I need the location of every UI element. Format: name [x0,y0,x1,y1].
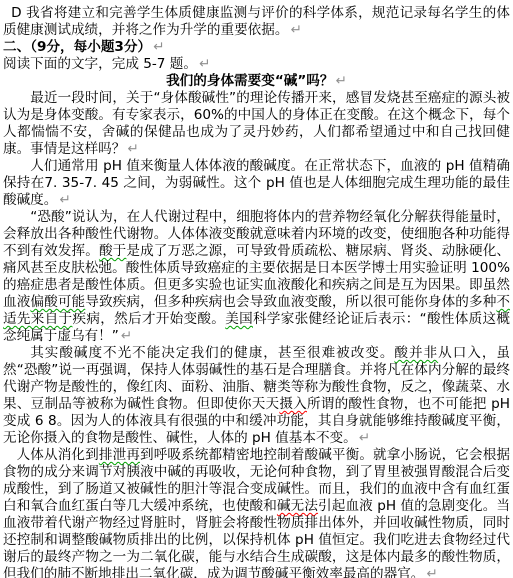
section-heading: 二、（9分，每小题3分）↵ [3,39,510,56]
paragraph-2-text-0: 人们通常用 pH 值来衡量人体体液的酸碱度。在正常状态下，血液的 pH 值精确保… [3,158,510,208]
paragraph-1-text-0: 最近一段时间，关于“身体酸碱性”的理论传播开来，感冒发烧甚至癌症的源头被认为是身… [3,90,510,157]
paragraph-mark-icon: ↵ [125,141,138,157]
paragraph-5: 人体从消化到排泄再到呼吸系统都精密地控制着酸碱平衡。就拿小肠说，它会根据食物的成… [3,447,510,578]
spellcheck-squiggle-green: 酸并非 [394,345,438,361]
paragraph-mark-icon: ↵ [357,430,370,446]
paragraph-3-text-4: 导致疾病，但多种疾病也会导致血液变酸，所以很可能你身体的多种 [85,294,496,310]
paragraph-mark-icon: ↵ [288,22,301,38]
paragraph-mark-icon: ↵ [424,566,437,578]
option-d-line: D 我省将建立和完善学生体质健康监测与评价的科学体系，规范记录每名学生的体质健康… [3,5,510,39]
spellcheck-squiggle-green: 排泄再 [99,447,140,463]
paragraph-4-text-0: 其实酸碱度不光不能决定我们的健康，甚至很难被改变。 [30,345,394,361]
paragraph-3-text-6: 疾病，然后才开始变酸。 [72,311,225,327]
paragraph-mark-icon: ↵ [334,73,347,89]
paragraph-mark-icon: ↵ [151,39,164,55]
spellcheck-squiggle-green: 肺不断 [57,566,98,578]
spellcheck-squiggle-red: 碱无法 [277,498,318,514]
passage-title-text-0: 我们的身体需要变“碱”吗？ [166,73,333,89]
spellcheck-squiggle-green: 酸于 [99,243,126,259]
paragraph-mark-icon: ↵ [57,192,70,208]
section-heading-text-0: 二、（9分，每小题3分） [3,39,151,55]
spellcheck-squiggle-red: 摄入 [279,396,307,412]
paragraph-3: “恐酸”说认为，在人代谢过程中，细胞将体内的营养物经氧化分解获得能量时，会释放出… [3,209,510,345]
paragraph-mark-icon: ↵ [197,56,210,72]
passage-title: 我们的身体需要变“碱”吗？↵ [3,73,510,90]
instruction-line: 阅读下面的文字，完成 5-7 题。↵ [3,56,510,73]
paragraph-5-text-6: 地排出二氧化碳，成为调节酸碱平衡效率最高的器官。 [98,566,424,578]
paragraph-1: 最近一段时间，关于“身体酸碱性”的理论传播开来，感冒发烧甚至癌症的源头被认为是身… [3,90,510,158]
paragraph-4: 其实酸碱度不光不能决定我们的健康，甚至很难被改变。酸并非从口入，虽然“恐酸”说一… [3,345,510,447]
document-body: D 我省将建立和完善学生体质健康监测与评价的科学体系，规范记录每名学生的体质健康… [3,5,510,578]
paragraph-mark-icon: ↵ [119,328,132,344]
document-page: D 我省将建立和完善学生体质健康监测与评价的科学体系，规范记录每名学生的体质健康… [0,0,513,578]
spellcheck-squiggle-green: 美国 [225,311,253,327]
spellcheck-squiggle-green: 偏酸可能 [30,294,85,310]
paragraph-5-text-0: 人体从消化到 [17,447,99,463]
instruction-line-text-0: 阅读下面的文字，完成 5-7 题。 [3,56,197,72]
option-d-line-text-0: D 我省将建立和完善学生体质健康监测与评价的科学体系，规范记录每名学生的体质健康… [3,5,510,38]
paragraph-2: 人们通常用 pH 值来衡量人体体液的酸碱度。在正常状态下，血液的 pH 值精确保… [3,158,510,209]
